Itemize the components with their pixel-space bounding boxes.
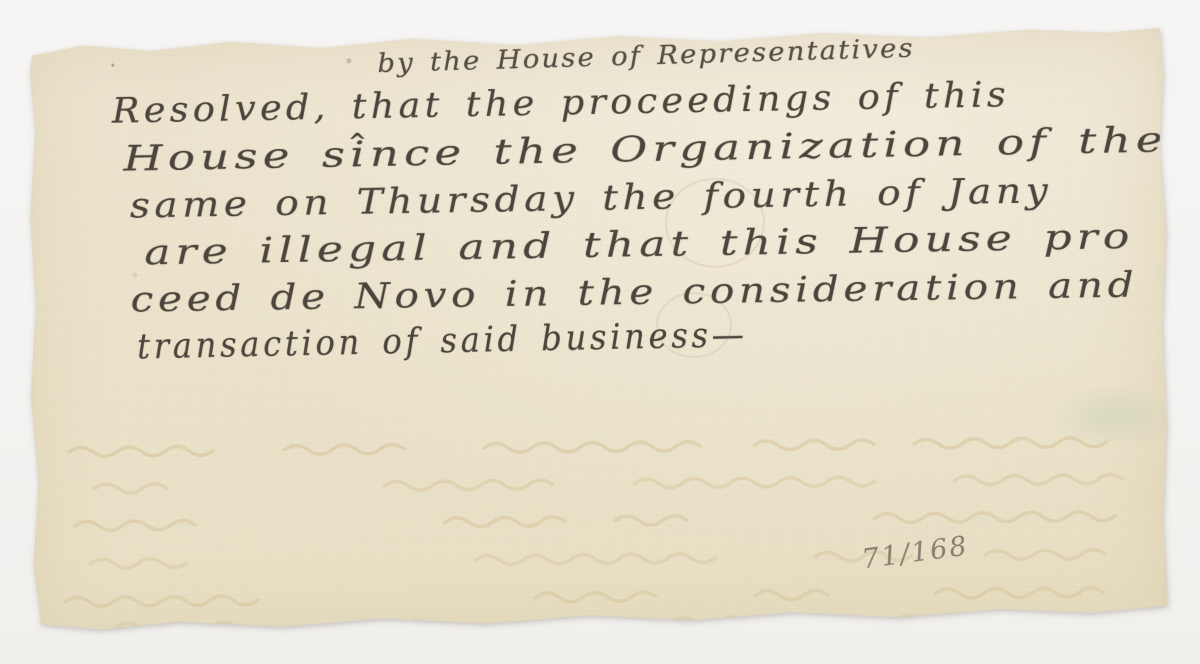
embossed-seal-mark-2 — [656, 292, 733, 359]
paper-speck — [111, 64, 114, 67]
document-paper: by the House of Representatives Resolved… — [25, 26, 1171, 638]
body-line-4: are illegal and that this House pro — [144, 217, 1135, 273]
document-header: by the House of Representatives — [377, 34, 915, 79]
body-line-5: ceed de Novo in the consideration and — [130, 266, 1138, 321]
catalog-number: 71/168 — [860, 531, 970, 576]
paper-stain — [1049, 383, 1180, 448]
embossed-seal-mark — [665, 177, 766, 268]
body-line-3: same on Thursday the fourth of Jany — [129, 171, 1052, 226]
paper-surface: by the House of Representatives Resolved… — [25, 26, 1171, 638]
scan-background: by the House of Representatives Resolved… — [0, 0, 1200, 664]
body-line-2: House since the Organization of the — [123, 120, 1168, 179]
body-line-1: Resolved, that the proceedings of this — [112, 75, 1011, 131]
bleedthrough-writing — [54, 424, 1146, 639]
insertion-caret-mark: ^ — [348, 129, 367, 155]
